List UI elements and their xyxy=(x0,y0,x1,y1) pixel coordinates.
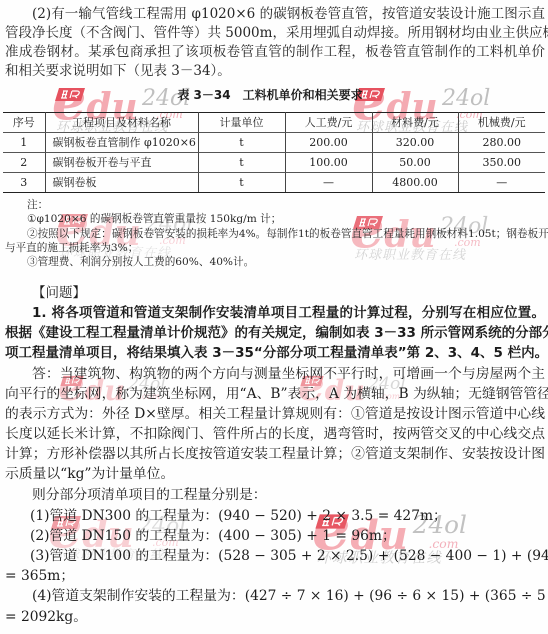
question-line: 项工程量清单项目，将结果填入表 3－35“分部分项工程量清单表”第 2、3、4、… xyxy=(5,344,527,362)
table-caption: 表 3－34 工料机单价和相关要求 xyxy=(0,87,540,103)
question-line: 根据《建设工程工程量清单计价规范》的有关规定，编制如表 3－33 所示管网系统的… xyxy=(5,324,545,342)
cell-machine: 280.00 xyxy=(458,133,545,153)
intro-line: 和相关要求说明如下（见表 3－34）。 xyxy=(5,62,231,80)
table-row: 3 碳钢卷板 t — 4800.00 — xyxy=(3,173,545,193)
col-header-unit: 计量单位 xyxy=(198,113,285,133)
cell-unit: t xyxy=(198,173,285,193)
note-line: 与平直的施工损耗率为3%； xyxy=(5,241,138,255)
answer-item: (4)管道支架制作安装的工程量为：(427 ÷ 7 × 16) + (96 ÷ … xyxy=(32,587,545,605)
cell-no: 2 xyxy=(3,153,45,173)
table-header-row: 序号 工程项目及材料名称 计量单位 人工费/元 材料费/元 机械费/元 xyxy=(3,113,545,133)
cell-material: 4800.00 xyxy=(372,173,458,193)
col-header-labor: 人工费/元 xyxy=(285,113,372,133)
cell-item: 碳钢卷板开卷与平直 xyxy=(45,153,198,173)
cell-unit: t xyxy=(198,153,285,173)
table-row: 2 碳钢卷板开卷与平直 t 100.00 50.00 350.00 xyxy=(3,153,545,173)
col-header-no: 序号 xyxy=(3,113,45,133)
answer-item: (3)管道 DN100 的工程量为：(528 − 305 + 2 × 2.5) … xyxy=(30,547,545,565)
col-header-machine: 机械费/元 xyxy=(458,113,545,133)
answer-line: 示质量以“kg”为计量单位。 xyxy=(5,465,174,483)
cell-no: 3 xyxy=(3,173,45,193)
answer-item: (1)管道 DN300 的工程量为：(940 − 520) + 2 × 3.5 … xyxy=(30,507,447,525)
answer-line: 答：当建筑物、构筑物的两个方向与测量坐标网不平行时，可增画一个与房屋两个主 xyxy=(32,365,545,383)
cost-table: 序号 工程项目及材料名称 计量单位 人工费/元 材料费/元 机械费/元 1 碳钢… xyxy=(3,112,545,193)
cell-material: 320.00 xyxy=(372,133,458,153)
answer-item-result: = 2092kg。 xyxy=(5,608,87,626)
answer-line: 长度以延长米计算，不扣除阀门、管件所占的长度，遇弯管时，按两管交叉的中心线交点 xyxy=(5,425,545,443)
question-heading: 【问题】 xyxy=(32,284,86,302)
note-line: ②按照以下规定：碳钢板卷管安装的损耗率为4%。每制作1t的板卷管直管工程量耗用钢… xyxy=(27,227,545,241)
cell-item: 碳钢卷板 xyxy=(45,173,198,193)
intro-line: 管段净长度（不含阀门、管件等）共 5000m，采用埋弧自动焊接。所用钢材均由业主… xyxy=(5,24,545,42)
cell-item: 碳钢板卷直管制作 φ1020×6 xyxy=(45,133,198,153)
intro-line: (2)有一输气管线工程需用 φ1020×6 的碳钢板卷管直管，按管道安装设计施工… xyxy=(32,5,545,23)
answer-line: 的表示方式为：外径 D×壁厚。相关工程量计算规则有：①管道是按设计图示管道中心线 xyxy=(5,405,545,423)
cell-material: 50.00 xyxy=(372,153,458,173)
answer-line: 向平行的坐标网，称为建筑坐标网，用“A、B”表示，A 为横轴，B 为纵轴；无缝钢… xyxy=(5,385,545,403)
cell-machine: 350.00 xyxy=(458,153,545,173)
col-header-item: 工程项目及材料名称 xyxy=(45,113,198,133)
answer-intro: 则分部分项清单项目的工程量分别是： xyxy=(32,486,267,504)
cell-no: 1 xyxy=(3,133,45,153)
cell-labor: — xyxy=(285,173,372,193)
table-row: 1 碳钢板卷直管制作 φ1020×6 t 200.00 320.00 280.0… xyxy=(3,133,545,153)
col-header-material: 材料费/元 xyxy=(372,113,458,133)
notes-title: 注： xyxy=(27,198,48,212)
cell-machine: — xyxy=(458,173,545,193)
note-line: ①φ1020×6 的碳钢板卷管直管重量按 150kg/m 计； xyxy=(27,212,281,226)
note-line: ③管理费、利润分别按人工费的60%、40%计。 xyxy=(27,255,254,269)
intro-line: 准成卷钢材。某承包商承担了该项板卷管直管的制作工程，板卷管直管制作的工料机单价 xyxy=(5,43,545,61)
cell-labor: 200.00 xyxy=(285,133,372,153)
answer-item-result: = 365m； xyxy=(5,567,74,585)
answer-item: (2)管道 DN150 的工程量为：(400 − 305) + 1 = 96m； xyxy=(30,527,396,545)
answer-line: 计算；方形补偿器以其所占长度按管道安装工程量计算；②管道支架制作、安装按设计图 xyxy=(5,445,545,463)
cell-unit: t xyxy=(198,133,285,153)
cell-labor: 100.00 xyxy=(285,153,372,173)
question-line: 1. 将各项管道和管道支架制作安装清单项目工程量的计算过程，分别写在相应位置。 xyxy=(32,304,545,322)
document-page: (2)有一输气管线工程需用 φ1020×6 的碳钢板卷管直管，按管道安装设计施工… xyxy=(0,0,548,634)
